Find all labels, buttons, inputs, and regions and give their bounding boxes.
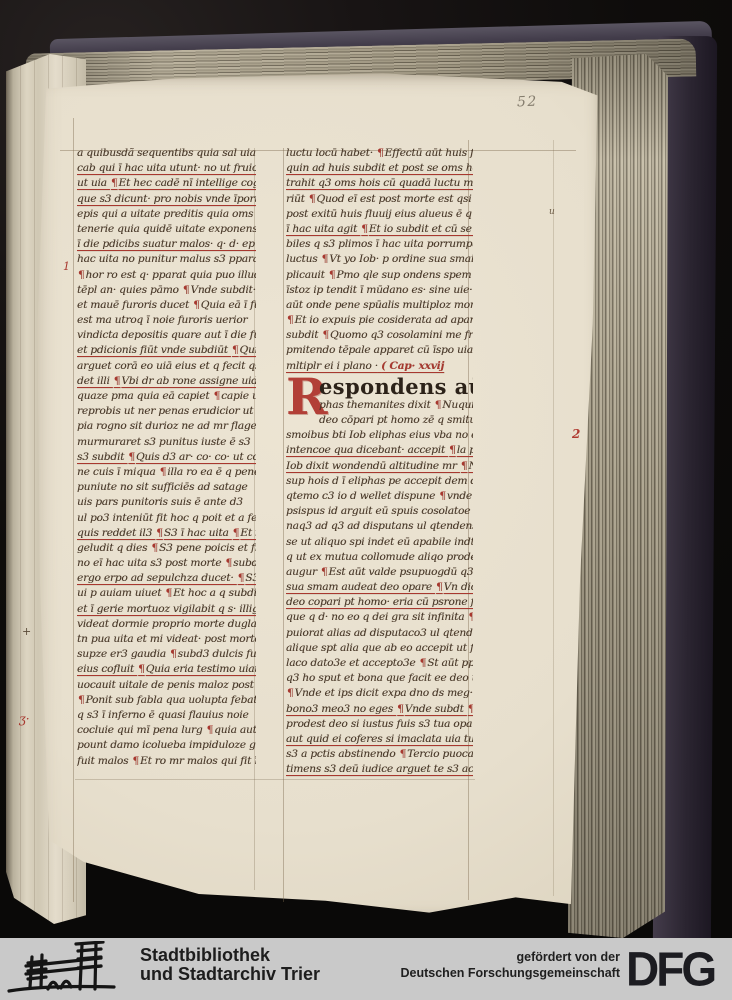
institution-name: Stadtbibliothek und Stadtarchiv Trier — [140, 946, 320, 984]
manuscript-line: geludit q dies ¶S3 pene poicis et fnides — [77, 542, 256, 557]
manuscript-line: et mauē furoris ducet ¶Quia eā ī furor — [77, 299, 256, 314]
manuscript-line: uocauit uitale de penis maloz post morte — [77, 679, 256, 694]
margin-red-squiggle: ʒ· — [19, 712, 30, 726]
manuscript-line: timens s3 deū iudice arguet te s3 accu — [286, 763, 473, 778]
manuscript-line: ergo erpo ad sepulchza ducet· ¶S3 mortuu… — [77, 572, 256, 587]
manuscript-line: īstoz ip tendit ī mūdano es· sine uie· h… — [286, 284, 473, 299]
manuscript-line: alique spt alia que ab eo accepit ut fia… — [286, 642, 473, 657]
right-column-upper: luctu locū habet· ¶Effectū aūt huis fluu… — [286, 147, 473, 360]
red-paragraph-mark: ¶ — [321, 566, 328, 578]
manuscript-line: trahit q3 oms hois cū quadā luctu mo — [286, 177, 473, 192]
red-paragraph-mark: ¶ — [193, 299, 200, 311]
dfg-logo: DFG — [626, 941, 714, 997]
red-paragraph-mark: ¶ — [138, 663, 145, 675]
red-paragraph-mark: ¶ — [287, 687, 294, 699]
manuscript-line: tēpl an· quies pāmo ¶Vnde subdit· — [77, 284, 256, 299]
rubric-end-text: mltiplr ei i plano · — [286, 360, 378, 372]
manuscript-line: murmuraret s3 punitus iuste ē s3 — [77, 436, 256, 451]
manuscript-line: puniute no sit sufficiēs ad satage — [77, 481, 256, 496]
red-paragraph-mark: ¶ — [435, 399, 442, 411]
manuscript-line: vindicta depositis quare aut ī die furoi… — [77, 329, 256, 344]
manuscript-line: pia rogno sit durioz ne ad mr flagella — [77, 420, 256, 435]
manuscript-line: tenerie quia quidē uitate exponens sbdt· — [77, 223, 256, 238]
institution-name-line1: Stadtbibliothek — [140, 946, 320, 965]
manuscript-line: biles q s3 plimos ī hac uita porrumpat — [286, 238, 473, 253]
ruling-line-vertical — [283, 148, 284, 902]
manuscript-line: q3 ho sput et bona que facit ee deo uoli… — [286, 672, 473, 687]
manuscript-line: et ī gerie mortuoz vigilabit q s· illig — [77, 603, 256, 618]
red-paragraph-mark: ¶ — [322, 253, 329, 265]
manuscript-line: eius cofluit ¶Quia eria testimo uiato p — [77, 663, 256, 678]
manuscript-line: que s3 dicunt· pro nobis vnde īportabile… — [77, 193, 256, 208]
manuscript-line: no eī hac uita s3 post morte ¶subdit — [77, 557, 256, 572]
red-paragraph-mark: ¶ — [377, 147, 384, 159]
red-paragraph-mark: ¶ — [449, 444, 456, 456]
manuscript-line: ui p auiam uiuet ¶Et hoc a q subdit — [77, 587, 256, 602]
manuscript-line: ī hac uita agit ¶Et io subdit et cū se i… — [286, 223, 473, 238]
manuscript-line: quin ad huis subdit et post se oms hois — [286, 162, 473, 177]
manuscript-line: sup hois d ī eliphas pe accepit dem de s… — [286, 475, 473, 490]
manuscript-line: reprobis ut ner penas erudicior ut — [77, 405, 256, 420]
manuscript-line: ¶hor ro est q· pparat quia puo illud — [77, 269, 256, 284]
manuscript-line: puiorat alias ad disputaco3 ul qtendendū — [286, 627, 473, 642]
right-column-lower: phas themanites dixit ¶Nuquiddeo cōpari … — [286, 399, 473, 779]
manuscript-line: ut uia ¶Et hec cadē nī intellige cognosc… — [77, 177, 256, 192]
red-paragraph-mark: ¶ — [420, 657, 427, 669]
red-paragraph-mark: ¶ — [151, 542, 158, 554]
manuscript-line: prodest deo si iustus fuis s3 tua opa fa… — [286, 718, 473, 733]
manuscript-line: ne cuis ī miqua ¶illa ro ea ē q pene — [77, 466, 256, 481]
fore-edge-red-mark: 2 — [572, 427, 580, 441]
red-paragraph-mark: ¶ — [156, 527, 163, 539]
ruling-line-vertical — [553, 140, 554, 896]
manuscript-line: ul po3 inteniūt fit hoc q poit et a fert — [77, 512, 256, 527]
manuscript-line: intencoe qua dicebant· accepit ¶la pmo q — [286, 444, 473, 459]
red-paragraph-mark: ¶ — [111, 177, 118, 189]
manuscript-line: deo cōpari pt homo zē q smitus — [319, 414, 473, 429]
manuscript-line: laco dato3e et accepto3e ¶St aūt ppspuog… — [286, 657, 473, 672]
manuscript-line: smoibus bti Iob eliphas eius vba no ea — [286, 429, 473, 444]
red-paragraph-mark: ¶ — [361, 223, 368, 235]
manuscript-line: pmitendo tēpale apparet cū īspo uia ra — [286, 344, 473, 359]
red-paragraph-mark: ¶ — [287, 314, 294, 326]
institution-banner: Stadtbibliothek und Stadtarchiv Trier ge… — [0, 938, 732, 1000]
institution-name-line2: und Stadtarchiv Trier — [140, 965, 320, 984]
manuscript-line: plicauit ¶Pmo qle sup ondens spem — [286, 269, 473, 284]
digitized-manuscript-viewer: 52 a quibusdã sequentibs quia sal uia or… — [0, 0, 732, 1000]
manuscript-line: subdit ¶Quomo q3 cosolamini me frust· S3 — [286, 329, 473, 344]
manuscript-line: q s3 ī inferno ē quasi flauius noie — [77, 709, 256, 724]
red-paragraph-mark: ¶ — [329, 269, 336, 281]
manuscript-line: videat dormie proprio morte duglabit — [77, 618, 256, 633]
red-paragraph-mark: ¶ — [233, 527, 240, 539]
red-paragraph-mark: ¶ — [439, 490, 446, 502]
manuscript-line: ī die pdicibs suatur malos· q· d· ep ī — [77, 238, 256, 253]
red-paragraph-mark: ¶ — [397, 703, 404, 715]
funding-credit: gefördert von der Deutschen Forschungsge… — [401, 949, 621, 981]
manuscript-line: epis qui a uitate preditis quia oms qd — [77, 208, 256, 223]
manuscript-line: ¶Ponit sub fabla qua uolupta febatur — [77, 694, 256, 709]
manuscript-line: uis pars punitoris suis ē ante d3 — [77, 496, 256, 511]
manuscript-right-column: luctu locū habet· ¶Effectū aūt huis fluu… — [286, 147, 473, 779]
margin-cross-mark: + — [22, 625, 31, 638]
manuscript-left-column: a quibusdã sequentibs quia sal uia ores … — [77, 147, 256, 770]
red-paragraph-mark: ¶ — [207, 724, 214, 736]
manuscript-line: quaze pma quia eā capiet ¶capie ut — [77, 390, 256, 405]
manuscript-line: a quibusdã sequentibs quia sal uia ores … — [77, 147, 256, 162]
manuscript-line: naq3 ad q3 ad disputans ul qtendens si a… — [286, 520, 473, 535]
ruling-line-vertical — [73, 118, 74, 902]
folio-number: 52 — [517, 94, 538, 111]
red-paragraph-mark: ¶ — [468, 703, 473, 715]
red-paragraph-mark: ¶ — [309, 193, 316, 205]
manuscript-line: fuit malos ¶Et ro mr malos qui fit ī — [77, 755, 256, 770]
porta-nigra-logo-icon — [6, 941, 118, 997]
incipit-text: espondens aūt eli — [319, 375, 473, 399]
manuscript-line: que q d· no eo q dei gra sit infinita ¶S… — [286, 611, 473, 626]
manuscript-line: det illi ¶Vbi dr ab rone assigne uidet — [77, 375, 256, 390]
manuscript-line: bono3 meo3 no eges ¶Vnde subdt ¶Quid — [286, 703, 473, 718]
manuscript-line: arguet corā eo uiā eius et q fecit qs re… — [77, 360, 256, 375]
red-paragraph-mark: ¶ — [232, 344, 239, 356]
red-paragraph-mark: ¶ — [78, 269, 85, 281]
manuscript-line: est ma utroq ī noie furoris uerior — [77, 314, 256, 329]
decorated-initial: R — [286, 375, 316, 421]
manuscript-line: augur ¶Est aūt valde psupuogdū q3 homo — [286, 566, 473, 581]
book-photograph: 52 a quibusdã sequentibs quia sal uia or… — [0, 0, 732, 938]
manuscript-line: riūt ¶Quod eī est post morte est qsi — [286, 193, 473, 208]
manuscript-line: et pdicionis fiūt vnde subdiūt ¶Quis — [77, 344, 256, 359]
right-margin-note: u — [549, 207, 555, 217]
manuscript-line: q ut ex mutua collomude aliqo prodem ī — [286, 551, 473, 566]
red-paragraph-mark: ¶ — [400, 748, 407, 760]
red-paragraph-mark: ¶ — [322, 329, 329, 341]
manuscript-line: ¶Vnde et ips dicit expa dno ds meg· qm — [286, 687, 473, 702]
red-paragraph-mark: ¶ — [226, 557, 233, 569]
red-paragraph-mark: ¶ — [78, 694, 85, 706]
red-paragraph-mark: ¶ — [133, 755, 140, 767]
manuscript-line: cocluie qui mī pena lurg ¶quia aut pena — [77, 724, 256, 739]
red-paragraph-mark: ¶ — [128, 451, 135, 463]
funding-credit-line2: Deutschen Forschungsgemeinschaft — [401, 965, 621, 981]
incipit-block: R espondens aūt eli phas themanites dixi… — [286, 375, 473, 779]
manuscript-line: luctu locū habet· ¶Effectū aūt huis fluu… — [286, 147, 473, 162]
red-paragraph-mark: ¶ — [469, 611, 474, 623]
manuscript-line: ¶Et io expuis pie cosiderata ad aparo su… — [286, 314, 473, 329]
funding-credit-line1: gefördert von der — [401, 949, 621, 965]
manuscript-line: aūt onde pene spūalis multiploz morte — [286, 299, 473, 314]
margin-paragraph-mark: 1 — [63, 260, 70, 273]
manuscript-line: quis reddet il3 ¶S3 ī hac uita ¶Et io sp… — [77, 527, 256, 542]
red-paragraph-mark: ¶ — [183, 284, 190, 296]
manuscript-line: post exitū huis fluuij eius alueus ē q — [286, 208, 473, 223]
manuscript-line: tn pua uita et mi videat· post morte — [77, 633, 256, 648]
red-paragraph-mark: ¶ — [214, 390, 221, 402]
red-paragraph-mark: ¶ — [160, 466, 167, 478]
red-paragraph-mark: ¶ — [436, 581, 443, 593]
manuscript-line: s3 subdit ¶Quis d3 ar· co· co· ut cog3 u… — [77, 451, 256, 466]
manuscript-line: luctus ¶Vt yo Iob· p ordine sua smai ex — [286, 253, 473, 268]
red-paragraph-mark: ¶ — [461, 460, 468, 472]
manuscript-line: hac uita no punitur malus s3 pparatur — [77, 253, 256, 268]
manuscript-line: sua smam audeat deo opare ¶Vn dicit luci… — [286, 581, 473, 596]
red-paragraph-mark: ¶ — [170, 648, 177, 660]
manuscript-line: cab qui ī hac uita utunt· no ut fruio se… — [77, 162, 256, 177]
manuscript-line: Iob dixit wondendū altitudine mr ¶Nuquid — [286, 460, 473, 475]
manuscript-line: phas themanites dixit ¶Nuquid — [319, 399, 473, 414]
manuscript-line: pount damo icolueba impiduloze glaceas — [77, 739, 256, 754]
manuscript-line: aut quid ei coferes si imaclata uia tua — [286, 733, 473, 748]
manuscript-line: supze er3 gaudia ¶subd3 dulcis fuit glaē — [77, 648, 256, 663]
red-paragraph-mark: ¶ — [114, 375, 121, 387]
chapter-number-rubric: ( Cap· xxvij — [381, 360, 444, 372]
manuscript-line: s3 a pctis abstinendo ¶Tercio puocat· cū… — [286, 748, 473, 763]
manuscript-line: se ut aliquo spi indet eū apabile indta … — [286, 536, 473, 551]
manuscript-line: deo copari pt homo· eria cū psrone fuit — [286, 596, 473, 611]
ruling-line-horizontal — [75, 779, 475, 780]
red-paragraph-mark: ¶ — [166, 587, 173, 599]
manuscript-line: qtemo c3 io d wellet dispune ¶vnde eū — [286, 490, 473, 505]
manuscript-line: psispus id arguit eū spuis cosolatoe ¶Pm… — [286, 505, 473, 520]
red-paragraph-mark: ¶ — [238, 572, 245, 584]
